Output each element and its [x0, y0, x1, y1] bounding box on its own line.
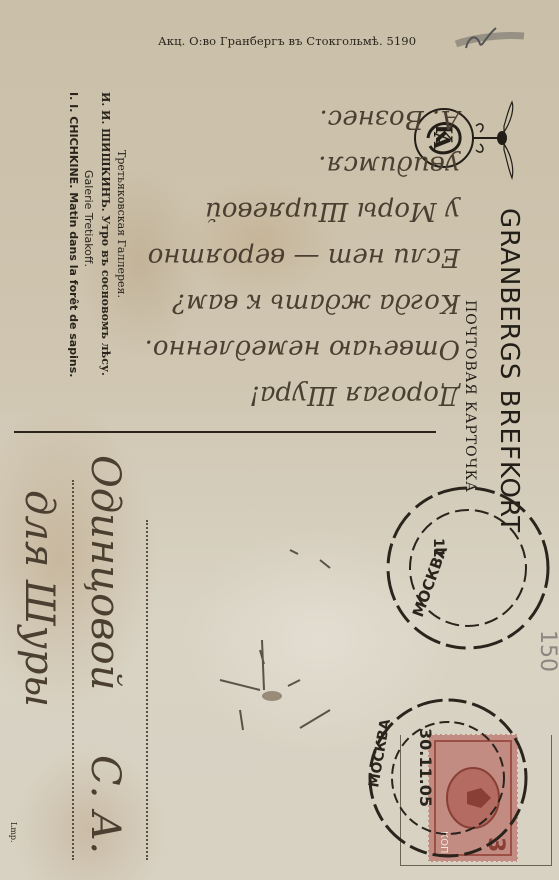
postmark-date: 11	[430, 538, 446, 557]
address-line-name: Одинцовой	[82, 455, 128, 690]
caption-gallery-ru: Третьяковская Галлерея.	[115, 150, 128, 298]
caption-gallery-fr: Galerie Tretiakoff.	[82, 170, 95, 267]
address-line-recipient: для Шуры	[16, 490, 62, 707]
caption-title-ru: И. И. ШИШКИНЪ. Утро въ сосновомъ лѣсу.	[99, 92, 112, 376]
divider-line	[14, 431, 296, 433]
message-line: Когда ждать к вам?	[180, 280, 460, 326]
caption-title-fr: I. I. CHICHKINE. Matin dans la forêt de …	[67, 92, 80, 377]
message-line: Если нет — вероятно	[180, 234, 460, 280]
publisher-line: Акц. О:во Гранбергъ въ Стокгольмѣ. 5190	[158, 34, 416, 48]
pencil-note: 150	[535, 630, 559, 672]
message-line: Дорогая Шура!	[180, 372, 460, 418]
postmark-date: 30.11.05	[416, 728, 435, 807]
message-line: увидимся.	[180, 142, 460, 188]
address-line-initials: С. А.	[82, 755, 128, 854]
address-dotted-line	[72, 480, 74, 860]
divider-line	[296, 431, 436, 433]
postmark-icon: МОСКВА 11	[378, 478, 558, 658]
message-line: Отвечаю немедленно.	[180, 326, 460, 372]
message-line: у Моры Ширяевой	[180, 188, 460, 234]
message-line: А. Вознес.	[180, 96, 460, 142]
ink-smudges	[200, 530, 400, 750]
handwritten-message: Дорогая Шура! Отвечаю немедленно. Когда …	[180, 58, 470, 418]
pencil-scribble-icon	[452, 26, 528, 52]
printer-mark: Lmp.	[9, 822, 18, 843]
postcard-back: Акц. О:во Гранбергъ въ Стокгольмѣ. 5190 …	[0, 0, 559, 880]
address-dotted-line	[146, 520, 148, 860]
